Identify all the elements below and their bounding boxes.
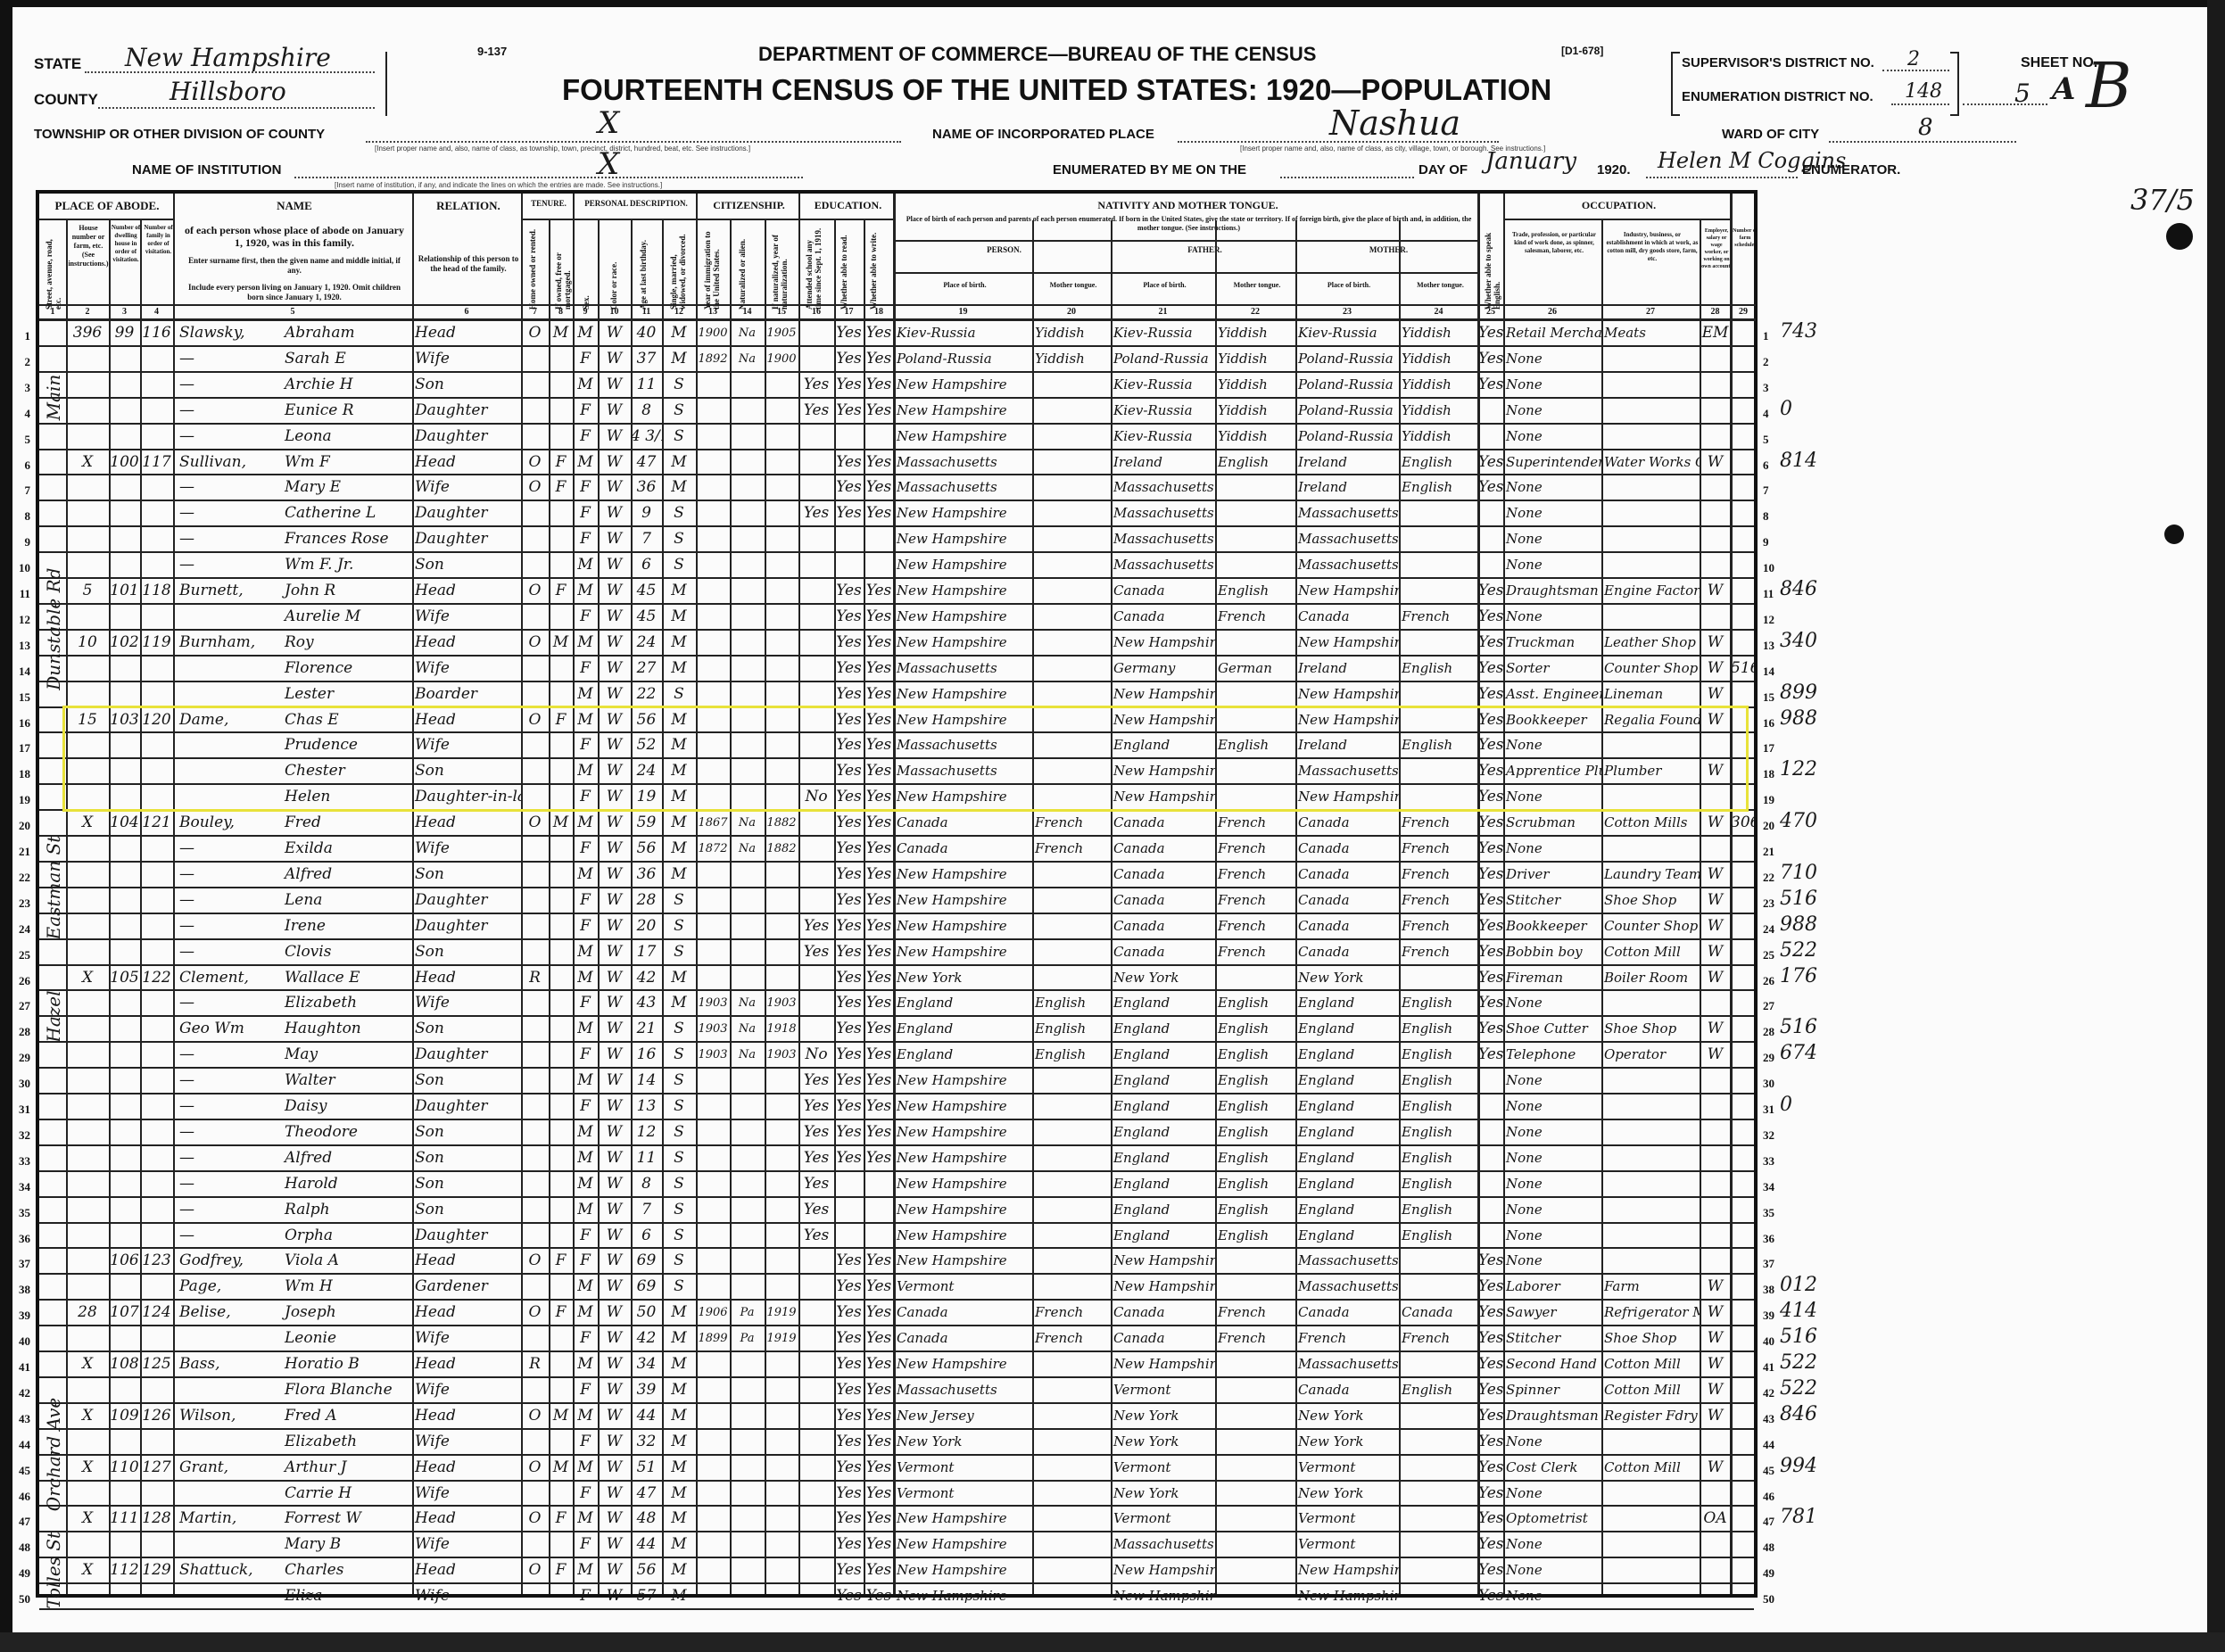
dwelling-cell	[109, 1171, 140, 1197]
line-number: 10	[12, 561, 30, 575]
trade-cell: None	[1503, 1532, 1601, 1557]
school-cell	[798, 1351, 834, 1377]
mpob-cell: England	[1295, 1068, 1399, 1094]
ftongue-cell	[1215, 1351, 1295, 1377]
fpob-cell: Kiev-Russia	[1111, 424, 1215, 450]
relation-cell: Wife	[412, 604, 521, 630]
relation-cell: Head	[412, 1506, 521, 1532]
line-number-right: 32	[1763, 1128, 1774, 1143]
group-tenure: TENURE.	[523, 199, 575, 208]
race-cell: W	[598, 1351, 631, 1377]
immig-cell: 1872	[696, 836, 730, 862]
ftongue-cell	[1215, 1403, 1295, 1429]
table-row: —AlfredSonMW11SYesYesYesNew HampshireEng…	[39, 1145, 1754, 1171]
marital-cell: S	[662, 398, 696, 424]
dwelling-cell	[109, 758, 140, 784]
house-cell	[66, 552, 109, 578]
column-number: 18	[864, 307, 894, 317]
nat-cell	[730, 1481, 765, 1507]
ftongue-cell: Yiddish	[1215, 320, 1295, 346]
race-cell: W	[598, 398, 631, 424]
industry-cell	[1601, 1094, 1700, 1119]
age-cell: 59	[631, 810, 662, 836]
name-cell: Shattuck,Charles	[173, 1557, 412, 1583]
mtongue-cell: French	[1399, 604, 1478, 630]
given-name: Daisy	[285, 1097, 327, 1115]
english-cell	[1478, 1197, 1503, 1223]
natyr-cell: 1903	[765, 1042, 798, 1068]
pob-cell: New York	[894, 965, 1032, 991]
english-cell: Yes	[1478, 913, 1503, 939]
school-cell	[798, 1300, 834, 1326]
line-number: 16	[12, 716, 30, 731]
race-cell: W	[598, 1016, 631, 1042]
group-nativity: NATIVITY AND MOTHER TONGUE.	[896, 199, 1480, 212]
english-cell: Yes	[1478, 1583, 1503, 1609]
column-number: 1	[39, 307, 66, 317]
house-cell	[66, 939, 109, 965]
fpob-cell: New Hampshire	[1111, 707, 1215, 733]
read-cell: Yes	[834, 630, 864, 656]
table-row: 28107124Belise,JosephHeadOFMW50M1906Pa19…	[39, 1300, 1754, 1326]
mort-cell: M	[549, 810, 573, 836]
column-number: 20	[1032, 307, 1111, 317]
line-number-right: 6	[1763, 458, 1769, 473]
ftongue-cell	[1215, 681, 1295, 707]
name-cell: Burnham,Roy	[173, 630, 412, 656]
school-cell	[798, 1481, 834, 1507]
sex-cell: M	[573, 707, 598, 733]
sex-cell: M	[573, 810, 598, 836]
surname: —	[176, 552, 285, 578]
class-cell: W	[1700, 1326, 1731, 1351]
natyr-cell	[765, 939, 798, 965]
industry-cell	[1601, 836, 1700, 862]
immig-cell	[696, 1532, 730, 1557]
mpob-cell: Poland-Russia	[1295, 372, 1399, 398]
sex-cell: F	[573, 1429, 598, 1455]
english-cell: Yes	[1478, 990, 1503, 1016]
occupation-code: 122	[1780, 758, 1817, 781]
class-cell	[1700, 346, 1731, 372]
race-cell: W	[598, 1300, 631, 1326]
pob-cell: Canada	[894, 836, 1032, 862]
county-value: Hillsboro	[170, 77, 286, 106]
mtongue-cell: English	[1399, 1068, 1478, 1094]
family-cell: 118	[140, 578, 173, 604]
school-cell: Yes	[798, 398, 834, 424]
write-cell: Yes	[864, 450, 894, 475]
own-cell: O	[521, 630, 549, 656]
nat-cell	[730, 398, 765, 424]
own-cell	[521, 1016, 549, 1042]
scan-border-bottom	[0, 1632, 2225, 1652]
name-cell: —Leona	[173, 424, 412, 450]
natyr-cell	[765, 604, 798, 630]
marital-cell: M	[662, 475, 696, 500]
name-cell: Eliza	[173, 1583, 412, 1609]
sex-cell: F	[573, 526, 598, 552]
line-number-right: 13	[1763, 639, 1774, 653]
mpob-cell: New Hampshire	[1295, 707, 1399, 733]
age-cell: 4 3/12	[631, 424, 662, 450]
state-county-bracket	[382, 52, 387, 116]
table-row: —Frances RoseDaughterFW7SNew HampshireMa…	[39, 526, 1754, 552]
fpob-cell: England	[1111, 1197, 1215, 1223]
line-number: 39	[12, 1309, 30, 1323]
own-cell: O	[521, 810, 549, 836]
school-cell	[798, 552, 834, 578]
farm-cell	[1731, 630, 1756, 656]
mtongue-cell	[1399, 1532, 1478, 1557]
natyr-cell	[765, 1351, 798, 1377]
relation-cell: Head	[412, 1300, 521, 1326]
line-number: 21	[12, 845, 30, 859]
own-cell	[521, 1171, 549, 1197]
trade-cell: Second Hand	[1503, 1351, 1601, 1377]
sex-cell: F	[573, 1094, 598, 1119]
line-number: 44	[12, 1438, 30, 1452]
relation-cell: Daughter	[412, 500, 521, 526]
own-cell	[521, 552, 549, 578]
county-line	[98, 107, 375, 109]
relation-cell: Wife	[412, 1532, 521, 1557]
table-row: PrudenceWifeFW52MYesYesMassachusettsEngl…	[39, 732, 1754, 758]
column-number: 23	[1295, 307, 1399, 317]
mort-cell	[549, 1377, 573, 1403]
state-value: New Hampshire	[125, 43, 331, 72]
name-cell: Lester	[173, 681, 412, 707]
class-cell	[1700, 1197, 1731, 1223]
read-cell: Yes	[834, 1557, 864, 1583]
immig-cell	[696, 552, 730, 578]
own-cell	[521, 888, 549, 913]
fpob-cell: New Hampshire	[1111, 784, 1215, 810]
tongue-cell	[1032, 1481, 1111, 1507]
sex-cell: F	[573, 913, 598, 939]
ftongue-cell: French	[1215, 1326, 1295, 1351]
nat-cell	[730, 1223, 765, 1249]
industry-cell: Leather Shop	[1601, 630, 1700, 656]
nat-cell	[730, 1068, 765, 1094]
natyr-cell	[765, 656, 798, 681]
ftongue-cell: French	[1215, 862, 1295, 888]
street-label: Main	[43, 320, 64, 475]
dwelling-cell	[109, 500, 140, 526]
family-cell	[140, 1197, 173, 1223]
natyr-cell: 1918	[765, 1016, 798, 1042]
marital-cell: M	[662, 862, 696, 888]
tongue-cell	[1032, 1532, 1111, 1557]
occupation-code: 743	[1780, 320, 1817, 343]
natyr-cell	[765, 450, 798, 475]
industry-cell	[1601, 1068, 1700, 1094]
relation-cell: Son	[412, 1016, 521, 1042]
write-cell: Yes	[864, 862, 894, 888]
line-number: 45	[12, 1464, 30, 1478]
family-cell	[140, 1274, 173, 1300]
table-row: 5101118Burnett,John RHeadOFMW45MYesYesNe…	[39, 578, 1754, 604]
mtongue-cell: English	[1399, 990, 1478, 1016]
natyr-cell	[765, 475, 798, 500]
ftongue-cell: English	[1215, 1119, 1295, 1145]
write-cell: Yes	[864, 1351, 894, 1377]
line-number: 46	[12, 1490, 30, 1504]
school-cell	[798, 578, 834, 604]
trade-cell: None	[1503, 1557, 1601, 1583]
mpob-cell: Canada	[1295, 810, 1399, 836]
ftongue-cell	[1215, 1481, 1295, 1507]
read-cell: Yes	[834, 965, 864, 991]
header-rule	[521, 219, 894, 220]
table-row: 106123Godfrey,Viola AHeadOFFW69SYesYesNe…	[39, 1248, 1754, 1274]
mtongue-cell	[1399, 681, 1478, 707]
sheet-line	[1963, 103, 2047, 105]
sex-cell: F	[573, 990, 598, 1016]
mort-cell	[549, 656, 573, 681]
name-cell: Bass,Horatio B	[173, 1351, 412, 1377]
age-cell: 36	[631, 475, 662, 500]
sex-cell: M	[573, 578, 598, 604]
marital-cell: M	[662, 965, 696, 991]
house-cell: X	[66, 1403, 109, 1429]
own-cell: O	[521, 1557, 549, 1583]
dwelling-cell: 99	[109, 320, 140, 346]
tongue-cell	[1032, 784, 1111, 810]
occupation-code: 846	[1780, 578, 1817, 600]
immig-cell	[696, 630, 730, 656]
natyr-cell	[765, 965, 798, 991]
table-row: —Wm F. Jr.SonMW6SNew HampshireMassachuse…	[39, 552, 1754, 578]
relation-cell: Wife	[412, 732, 521, 758]
state-label: STATE	[34, 55, 81, 73]
school-cell: Yes	[798, 500, 834, 526]
house-cell	[66, 1223, 109, 1249]
dwelling-cell: 109	[109, 1403, 140, 1429]
trade-cell: None	[1503, 1197, 1601, 1223]
immig-cell: 1900	[696, 320, 730, 346]
sex-cell: M	[573, 1274, 598, 1300]
class-cell: EM	[1700, 320, 1731, 346]
family-cell	[140, 1583, 173, 1609]
line-number-right: 14	[1763, 665, 1774, 679]
marital-cell: S	[662, 681, 696, 707]
industry-cell	[1601, 1429, 1700, 1455]
given-name: Elizabeth	[285, 994, 357, 1012]
mtongue-cell: English	[1399, 475, 1478, 500]
school-cell	[798, 424, 834, 450]
industry-cell: Farm	[1601, 1274, 1700, 1300]
race-cell: W	[598, 1094, 631, 1119]
relation-cell: Son	[412, 862, 521, 888]
relation-cell: Son	[412, 939, 521, 965]
table-row: Flora BlancheWifeFW39MYesYesMassachusett…	[39, 1377, 1754, 1403]
nat-cell	[730, 372, 765, 398]
line-number-right: 12	[1763, 613, 1774, 627]
tongue-cell	[1032, 1429, 1111, 1455]
mpob-cell: Poland-Russia	[1295, 398, 1399, 424]
line-number: 42	[12, 1386, 30, 1400]
fpob-cell: Canada	[1111, 862, 1215, 888]
given-name: Abraham	[285, 324, 355, 342]
sex-header: Sex.	[582, 227, 591, 310]
naturalization-year-header: If naturalized, year of naturalization.	[771, 227, 789, 310]
nat-cell	[730, 630, 765, 656]
english-cell: Yes	[1478, 656, 1503, 681]
write-cell	[864, 1223, 894, 1249]
trade-cell: None	[1503, 604, 1601, 630]
age-cell: 39	[631, 1377, 662, 1403]
line-number: 19	[12, 793, 30, 807]
write-cell: Yes	[864, 1481, 894, 1507]
dwelling-cell: 110	[109, 1455, 140, 1481]
given-name: Flora Blanche	[285, 1381, 393, 1399]
immig-cell	[696, 372, 730, 398]
school-cell	[798, 656, 834, 681]
name-cell: Mary B	[173, 1532, 412, 1557]
relation-cell: Son	[412, 372, 521, 398]
english-cell: Yes	[1478, 1455, 1503, 1481]
farm-cell	[1731, 475, 1756, 500]
family-cell	[140, 758, 173, 784]
trade-cell: None	[1503, 836, 1601, 862]
age-cell: 11	[631, 372, 662, 398]
mort-cell	[549, 1094, 573, 1119]
immig-cell	[696, 888, 730, 913]
mpob-cell: Ireland	[1295, 475, 1399, 500]
column-number: 16	[798, 307, 834, 317]
nat-cell: Na	[730, 990, 765, 1016]
name-cell: —Ralph	[173, 1197, 412, 1223]
line-number-right: 28	[1763, 1025, 1774, 1039]
house-cell: X	[66, 1557, 109, 1583]
natyr-cell	[765, 1557, 798, 1583]
fpob-cell: England	[1111, 1042, 1215, 1068]
county-label: COUNTY	[34, 91, 98, 109]
own-cell: O	[521, 320, 549, 346]
mpob-cell: England	[1295, 1119, 1399, 1145]
race-cell: W	[598, 578, 631, 604]
own-cell	[521, 758, 549, 784]
own-cell	[521, 913, 549, 939]
farm-cell	[1731, 1583, 1756, 1609]
name-cell: Clement,Wallace E	[173, 965, 412, 991]
tongue-cell	[1032, 1094, 1111, 1119]
relation-cell: Head	[412, 1557, 521, 1583]
age-cell: 45	[631, 604, 662, 630]
column-number: 26	[1503, 307, 1601, 317]
table-row: 10102119Burnham,RoyHeadOMMW24MYesYesNew …	[39, 630, 1754, 656]
own-cell	[521, 836, 549, 862]
trade-cell: Scrubman	[1503, 810, 1601, 836]
immig-cell	[696, 1171, 730, 1197]
fpob-cell: Canada	[1111, 604, 1215, 630]
table-row: —LeonaDaughterFW4 3/12SNew HampshireKiev…	[39, 424, 1754, 450]
given-name: Catherine L	[285, 504, 376, 522]
marital-cell: S	[662, 1016, 696, 1042]
school-cell	[798, 1326, 834, 1351]
ftongue-cell: English	[1215, 1171, 1295, 1197]
nat-cell	[730, 707, 765, 733]
pob-cell: Canada	[894, 1300, 1032, 1326]
english-cell	[1478, 1145, 1503, 1171]
tongue-cell	[1032, 398, 1111, 424]
sheet-value: 5	[2014, 78, 2031, 108]
tongue-cell	[1032, 630, 1111, 656]
street-label: Eastman St	[43, 810, 64, 964]
write-cell: Yes	[864, 1506, 894, 1532]
class-cell: W	[1700, 862, 1731, 888]
trade-cell: None	[1503, 346, 1601, 372]
surname: —	[176, 1171, 285, 1197]
own-cell	[521, 1223, 549, 1249]
surname: Grant,	[176, 1455, 285, 1481]
nat-cell	[730, 1197, 765, 1223]
farm-cell	[1731, 862, 1756, 888]
age-cell: 27	[631, 656, 662, 681]
family-cell	[140, 836, 173, 862]
house-cell: 10	[66, 630, 109, 656]
natyr-cell	[765, 500, 798, 526]
line-number: 11	[12, 587, 30, 601]
farm-cell	[1731, 398, 1756, 424]
race-cell: W	[598, 372, 631, 398]
nat-cell	[730, 450, 765, 475]
name-cell: —Eunice R	[173, 398, 412, 424]
ftongue-cell	[1215, 758, 1295, 784]
column-number: 9	[573, 307, 598, 317]
sex-cell: F	[573, 424, 598, 450]
mother-tongue-header: Mother tongue.	[1401, 281, 1480, 289]
occupation-code: 340	[1780, 630, 1817, 652]
english-cell: Yes	[1478, 1274, 1503, 1300]
given-name: Wallace E	[285, 969, 360, 987]
dwelling-cell	[109, 1377, 140, 1403]
write-cell: Yes	[864, 346, 894, 372]
tongue-cell	[1032, 862, 1111, 888]
group-relation: RELATION.	[414, 199, 523, 213]
column-number: 13	[696, 307, 730, 317]
mort-cell: F	[549, 475, 573, 500]
name-cell: Geo WmHaughton	[173, 1016, 412, 1042]
read-cell: Yes	[834, 1403, 864, 1429]
sex-cell: F	[573, 1223, 598, 1249]
english-cell: Yes	[1478, 1377, 1503, 1403]
family-cell	[140, 990, 173, 1016]
mpob-cell: Canada	[1295, 913, 1399, 939]
nat-cell	[730, 758, 765, 784]
nat-cell	[730, 1403, 765, 1429]
mtongue-cell: French	[1399, 1326, 1478, 1351]
house-cell	[66, 862, 109, 888]
line-number: 17	[12, 741, 30, 756]
fpob-cell: Ireland	[1111, 450, 1215, 475]
english-cell	[1478, 1223, 1503, 1249]
house-cell	[66, 1583, 109, 1609]
mtongue-cell: English	[1399, 732, 1478, 758]
industry-cell	[1601, 1248, 1700, 1274]
institution-note: [Insert name of institution, if any, and…	[335, 181, 662, 189]
read-cell: Yes	[834, 1429, 864, 1455]
class-cell: W	[1700, 656, 1731, 681]
class-cell	[1700, 1532, 1731, 1557]
line-number-right: 18	[1763, 767, 1774, 781]
age-header: Age at last birthday.	[639, 227, 648, 310]
class-cell: W	[1700, 939, 1731, 965]
trade-cell: Bookkeeper	[1503, 913, 1601, 939]
mort-cell	[549, 424, 573, 450]
mort-cell	[549, 1583, 573, 1609]
